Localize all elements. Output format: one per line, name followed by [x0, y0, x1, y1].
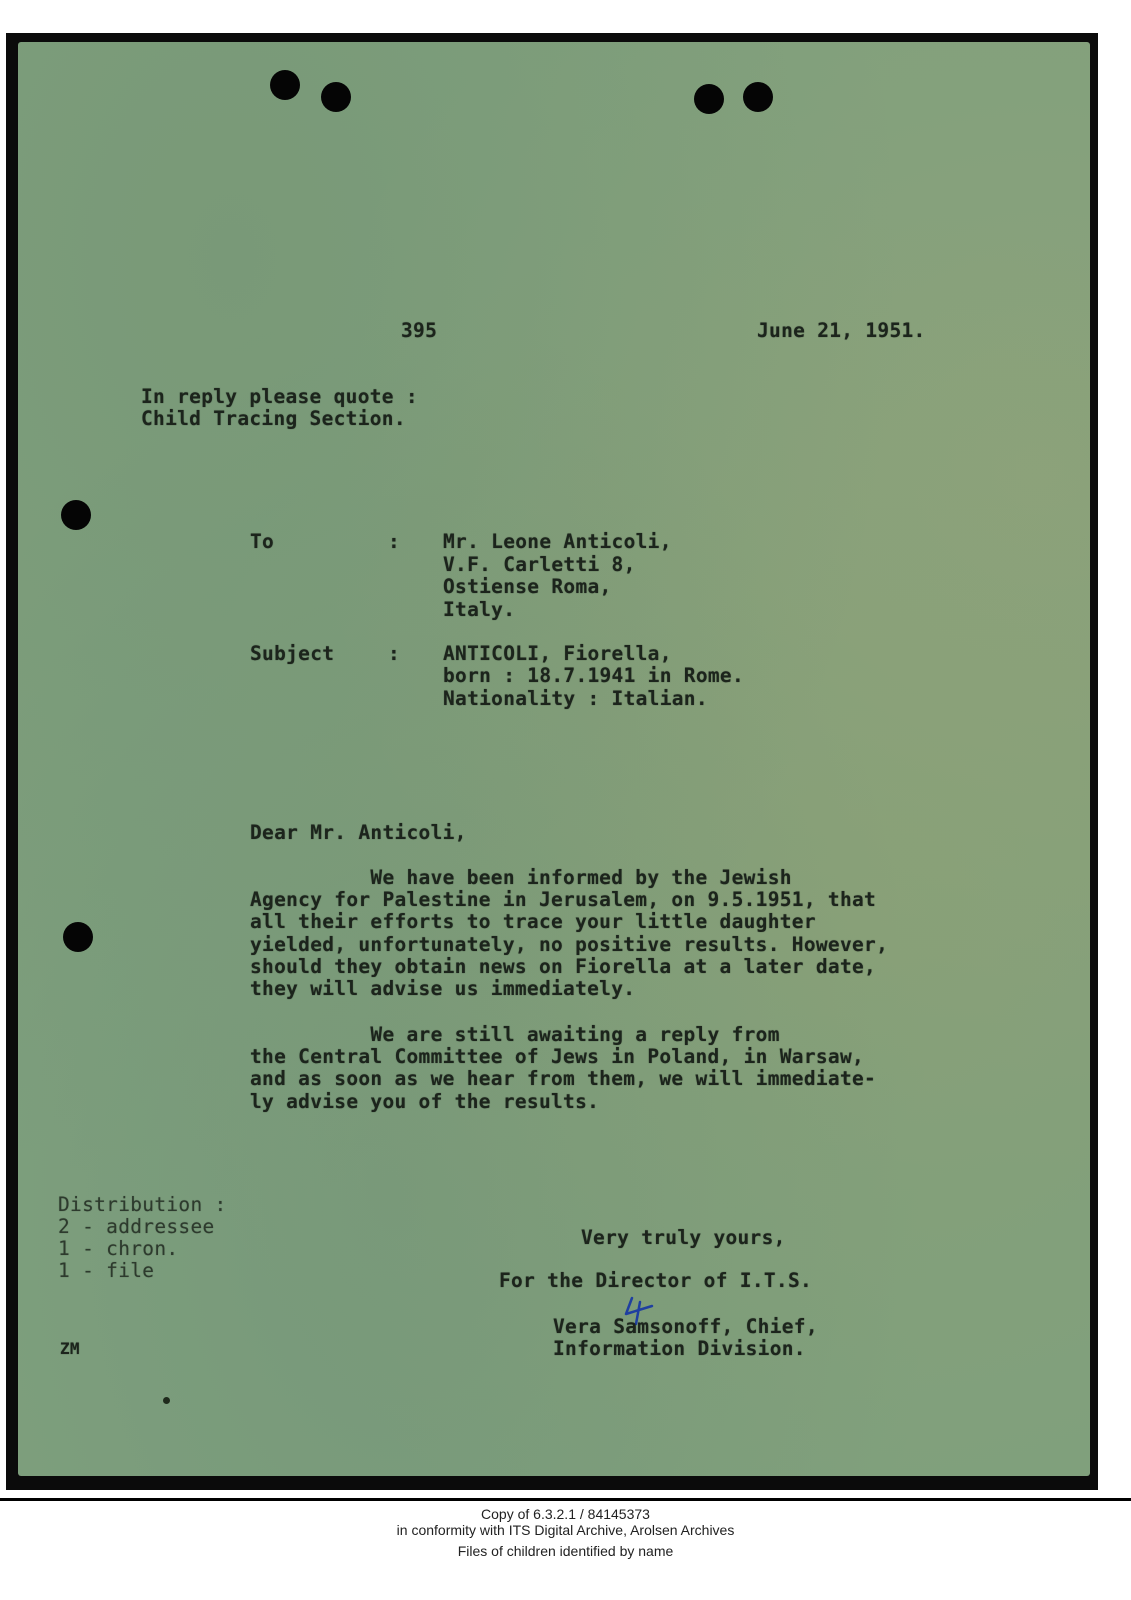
closing: Very truly yours, — [581, 1227, 786, 1250]
body-line: Agency for Palestine in Jerusalem, on 9.… — [250, 889, 876, 912]
subject-line: born : 18.7.1941 in Rome. — [443, 665, 744, 688]
distribution-item: 2 - addressee — [58, 1216, 215, 1239]
body-line: the Central Committee of Jews in Poland,… — [250, 1046, 864, 1069]
body-line: ly advise you of the results. — [250, 1091, 599, 1114]
document-page — [18, 42, 1090, 1476]
footer-collection-line: Files of children identified by name — [0, 1543, 1131, 1559]
footer-copy-line: Copy of 6.3.2.1 / 84145373 — [0, 1506, 1131, 1522]
footer-divider — [0, 1498, 1131, 1501]
body-line: they will advise us immediately. — [250, 978, 635, 1001]
address-line: Ostiense Roma, — [443, 576, 612, 599]
body-line: We are still awaiting a reply from — [250, 1024, 780, 1047]
punch-hole — [61, 500, 91, 530]
address-line: V.F. Carletti 8, — [443, 554, 636, 577]
body-line: should they obtain news on Fiorella at a… — [250, 956, 876, 979]
paper-speck — [163, 1397, 170, 1404]
for-director-line: For the Director of I.T.S. — [499, 1270, 812, 1293]
address-line: Mr. Leone Anticoli, — [443, 531, 672, 554]
to-separator: : — [388, 531, 400, 554]
reply-quote-line-1: In reply please quote : — [141, 386, 418, 409]
body-line: all their efforts to trace your little d… — [250, 911, 816, 934]
distribution-heading: Distribution : — [58, 1194, 227, 1217]
body-line: and as soon as we hear from them, we wil… — [250, 1068, 876, 1091]
distribution-item: 1 - chron. — [58, 1238, 178, 1261]
subject-separator: : — [388, 643, 400, 666]
distribution-item: 1 - file — [58, 1260, 154, 1283]
footer-conformity-line: in conformity with ITS Digital Archive, … — [0, 1522, 1131, 1538]
signatory-line-2: Information Division. — [553, 1338, 806, 1361]
salutation: Dear Mr. Anticoli, — [250, 822, 467, 845]
letter-date: June 21, 1951. — [757, 320, 926, 343]
punch-hole — [321, 82, 351, 112]
subject-label: Subject — [250, 643, 334, 666]
punch-hole — [694, 84, 724, 114]
subject-line: Nationality : Italian. — [443, 688, 708, 711]
punch-hole — [743, 82, 773, 112]
signatory-line-1: Vera Samsonoff, Chief, — [553, 1316, 818, 1339]
typist-initials: ZM — [60, 1338, 80, 1361]
body-line: yielded, unfortunately, no positive resu… — [250, 934, 888, 957]
subject-line: ANTICOLI, Fiorella, — [443, 643, 672, 666]
body-line: We have been informed by the Jewish — [250, 867, 792, 890]
punch-hole — [270, 70, 300, 100]
to-label: To — [250, 531, 274, 554]
address-line: Italy. — [443, 599, 515, 622]
punch-hole — [63, 922, 93, 952]
reference-number: 395 — [401, 320, 437, 343]
reply-quote-line-2: Child Tracing Section. — [141, 408, 406, 431]
